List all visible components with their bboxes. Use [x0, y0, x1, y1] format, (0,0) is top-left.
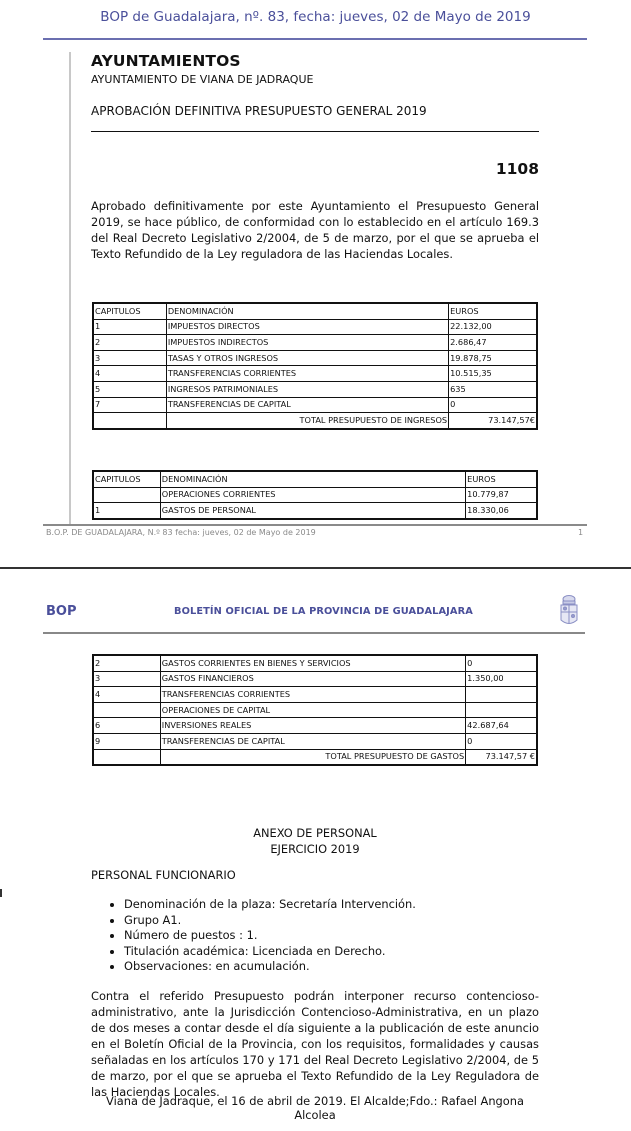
table-cell-euros: 635 — [449, 381, 537, 397]
table-cell-capitulo: CAPITULOS — [93, 471, 160, 487]
table-cell-euros: 73.147,57€ — [449, 413, 537, 429]
page-number: 1 — [578, 528, 583, 537]
personal-heading: PERSONAL FUNCIONARIO — [91, 868, 236, 882]
table-cell-euros: EUROS — [466, 471, 537, 487]
annex-title-line1: ANEXO DE PERSONAL — [91, 825, 539, 841]
table-cell-capitulo: 3 — [93, 350, 166, 366]
table-cell-capitulo: 9 — [93, 733, 160, 749]
table-cell-euros: 0 — [466, 733, 537, 749]
table-cell-euros: 73.147,57 € — [466, 749, 537, 765]
table-cell-capitulo: 1 — [93, 319, 166, 335]
table-cell-euros: 42.687,64 — [466, 718, 537, 734]
bop-logo-text: BOP — [46, 604, 77, 619]
table-row: 4TRANSFERENCIAS CORRIENTES10.515,35 — [93, 366, 537, 382]
table-cell-denominacion: DENOMINACIÓN — [160, 471, 465, 487]
table-cell-denominacion: OPERACIONES DE CAPITAL — [160, 702, 465, 718]
page-footer-text: B.O.P. DE GUADALAJARA, N.º 83 fecha: jue… — [46, 528, 316, 537]
personal-list: Denominación de la plaza: Secretaría Int… — [110, 897, 416, 975]
table-cell-denominacion: DENOMINACIÓN — [166, 303, 448, 319]
table-cell-capitulo: 4 — [93, 366, 166, 382]
table-cell-denominacion: TRANSFERENCIAS DE CAPITAL — [166, 397, 448, 413]
table-row: 7TRANSFERENCIAS DE CAPITAL0 — [93, 397, 537, 413]
announcement-number: 1108 — [91, 160, 539, 178]
table-row: 1GASTOS DE PERSONAL18.330,06 — [93, 503, 537, 519]
table-cell-capitulo: 2 — [93, 335, 166, 351]
page-separator — [0, 567, 631, 569]
table-total-row: TOTAL PRESUPUESTO DE GASTOS73.147,57 € — [93, 749, 537, 765]
table-row: 2GASTOS CORRIENTES EN BIENES Y SERVICIOS… — [93, 655, 537, 671]
table-cell-capitulo: 2 — [93, 655, 160, 671]
table-cell-denominacion: GASTOS FINANCIEROS — [160, 671, 465, 687]
table-row: 6INVERSIONES REALES42.687,64 — [93, 718, 537, 734]
table-cell-euros: 1.350,00 — [466, 671, 537, 687]
table-cell-capitulo: 5 — [93, 381, 166, 397]
table-cell-capitulo: 7 — [93, 397, 166, 413]
table-row: 2IMPUESTOS INDIRECTOS2.686,47 — [93, 335, 537, 351]
table-cell-capitulo: 1 — [93, 503, 160, 519]
table-row: 4TRANSFERENCIAS CORRIENTES — [93, 687, 537, 703]
table-cell-euros — [466, 687, 537, 703]
header-divider — [43, 38, 587, 40]
edge-mark — [0, 889, 2, 897]
table-cell-denominacion: GASTOS DE PERSONAL — [160, 503, 465, 519]
table-cell-euros: 10.515,35 — [449, 366, 537, 382]
table-cell-capitulo — [93, 487, 160, 503]
bulletin-title: BOLETÍN OFICIAL DE LA PROVINCIA DE GUADA… — [174, 606, 473, 617]
table-cell-denominacion: TRANSFERENCIAS DE CAPITAL — [160, 733, 465, 749]
list-item: Grupo A1. — [124, 913, 416, 929]
signature-line: Viana de Jadraque, el 16 de abril de 201… — [91, 1094, 539, 1122]
table-cell-denominacion: IMPUESTOS DIRECTOS — [166, 319, 448, 335]
table-row: OPERACIONES CORRIENTES10.779,87 — [93, 487, 537, 503]
table-cell-capitulo — [93, 702, 160, 718]
table-cell-euros — [466, 702, 537, 718]
table-row: 5INGRESOS PATRIMONIALES635 — [93, 381, 537, 397]
document-title: APROBACIÓN DEFINITIVA PRESUPUESTO GENERA… — [91, 104, 539, 118]
table-total-row: TOTAL PRESUPUESTO DE INGRESOS73.147,57€ — [93, 413, 537, 429]
annex-title: ANEXO DE PERSONAL EJERCICIO 2019 — [91, 825, 539, 857]
table-cell-euros: 22.132,00 — [449, 319, 537, 335]
annex-title-line2: EJERCICIO 2019 — [91, 841, 539, 857]
section-subheading: AYUNTAMIENTO DE VIANA DE JADRAQUE — [91, 73, 539, 86]
table-header-row: CAPITULOSDENOMINACIÓNEUROS — [93, 303, 537, 319]
margin-rule — [69, 52, 71, 526]
table-cell-denominacion: INVERSIONES REALES — [160, 718, 465, 734]
table-cell-euros: 0 — [449, 397, 537, 413]
table-cell-euros: 2.686,47 — [449, 335, 537, 351]
table-row: 3GASTOS FINANCIEROS1.350,00 — [93, 671, 537, 687]
table-row: OPERACIONES DE CAPITAL — [93, 702, 537, 718]
table-cell-denominacion: IMPUESTOS INDIRECTOS — [166, 335, 448, 351]
table-cell-euros: 18.330,06 — [466, 503, 537, 519]
table-cell-euros: EUROS — [449, 303, 537, 319]
ingresos-table: CAPITULOSDENOMINACIÓNEUROS1IMPUESTOS DIR… — [92, 302, 538, 430]
intro-paragraph: Aprobado definitivamente por este Ayunta… — [91, 198, 539, 262]
table-cell-capitulo: CAPITULOS — [93, 303, 166, 319]
footer-divider — [43, 524, 587, 526]
list-item: Número de puestos : 1. — [124, 928, 416, 944]
table-cell-capitulo: 4 — [93, 687, 160, 703]
table-header-row: CAPITULOSDENOMINACIÓNEUROS — [93, 471, 537, 487]
gastos-table-part2: 2GASTOS CORRIENTES EN BIENES Y SERVICIOS… — [92, 654, 538, 766]
document-header-title: BOP de Guadalajara, nº. 83, fecha: jueve… — [0, 9, 631, 25]
gastos-table-part1: CAPITULOSDENOMINACIÓNEUROSOPERACIONES CO… — [92, 470, 538, 520]
list-item: Observaciones: en acumulación. — [124, 959, 416, 975]
table-cell-denominacion: TOTAL PRESUPUESTO DE GASTOS — [160, 749, 465, 765]
table-cell-denominacion: INGRESOS PATRIMONIALES — [166, 381, 448, 397]
coat-of-arms-icon — [558, 594, 580, 628]
table-cell-capitulo: 6 — [93, 718, 160, 734]
table-cell-denominacion: TASAS Y OTROS INGRESOS — [166, 350, 448, 366]
table-cell-denominacion: TRANSFERENCIAS CORRIENTES — [160, 687, 465, 703]
list-item: Titulación académica: Licenciada en Dere… — [124, 944, 416, 960]
table-cell-capitulo — [93, 413, 166, 429]
table-cell-euros: 0 — [466, 655, 537, 671]
table-cell-denominacion: TOTAL PRESUPUESTO DE INGRESOS — [166, 413, 448, 429]
header-divider-page2 — [43, 632, 585, 634]
table-row: 9TRANSFERENCIAS DE CAPITAL0 — [93, 733, 537, 749]
table-cell-denominacion: TRANSFERENCIAS CORRIENTES — [166, 366, 448, 382]
table-cell-denominacion: GASTOS CORRIENTES EN BIENES Y SERVICIOS — [160, 655, 465, 671]
title-divider — [91, 131, 539, 132]
table-cell-euros: 10.779,87 — [466, 487, 537, 503]
table-cell-denominacion: OPERACIONES CORRIENTES — [160, 487, 465, 503]
table-cell-euros: 19.878,75 — [449, 350, 537, 366]
table-cell-capitulo — [93, 749, 160, 765]
closing-paragraph: Contra el referido Presupuesto podrán in… — [91, 988, 539, 1100]
table-cell-capitulo: 3 — [93, 671, 160, 687]
list-item: Denominación de la plaza: Secretaría Int… — [124, 897, 416, 913]
table-row: 1IMPUESTOS DIRECTOS22.132,00 — [93, 319, 537, 335]
table-row: 3TASAS Y OTROS INGRESOS19.878,75 — [93, 350, 537, 366]
section-heading: AYUNTAMIENTOS — [91, 52, 539, 70]
